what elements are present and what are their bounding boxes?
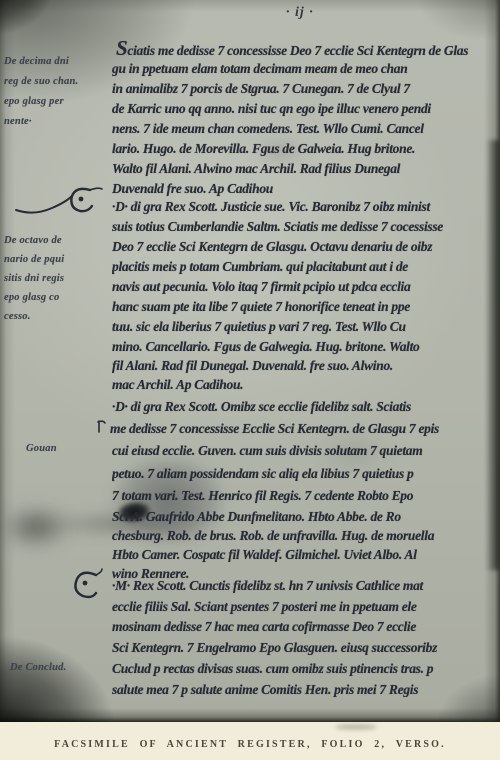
manuscript-line: me dedisse 7 concessisse Ecclie Sci Kent… (110, 421, 496, 439)
manuscript-line: mino. Cancellario. Fgus de Galwegia. Hug… (112, 339, 496, 357)
manuscript-line: lario. Hugo. de Morevilla. Fgus de Galwe… (112, 141, 496, 159)
manuscript-plate-photo: · ij · De decima dni reg de suo chan. ep… (0, 0, 500, 722)
paragraph-tick-icon (95, 419, 107, 434)
folio-number: · ij · (286, 6, 314, 20)
margin-note-line: reg de suo chan. (4, 77, 78, 88)
manuscript-line: Deo 7 ecclie Sci Kentegrn de Glasgu. Oct… (112, 239, 496, 257)
margin-note-line: nente· (4, 117, 32, 128)
manuscript-line: chesburg. Rob. de brus. Rob. de unfravil… (112, 528, 496, 546)
manuscript-line: Duvenald fre suo. Ap Cadihou (112, 181, 496, 199)
manuscript-line: de Karric uno qq anno. nisi tuc qn ego i… (112, 101, 496, 119)
manuscript-line: Sci Kentegrn. 7 Engelramo Epo Glasguen. … (112, 640, 496, 658)
capitulum-icon (66, 568, 104, 602)
margin-note-line: epo glasg per (4, 97, 64, 108)
margin-note-line: Gouan (26, 444, 57, 455)
manuscript-line: Sciatis me dedisse 7 concessisse Deo 7 e… (116, 40, 496, 58)
manuscript-line: placitis meis p totam Cumbriam. qui plac… (112, 259, 496, 277)
margin-note-line: De decima dni (4, 57, 69, 68)
manuscript-line: salute mea 7 p salute anime Comitis Hen.… (112, 682, 496, 700)
manuscript-line: ·D· di gra Rex Scott. Omibz sce ecclie f… (112, 399, 496, 417)
margin-note-line: nario de pqui (4, 255, 64, 266)
manuscript-line: cui eiusd ecclie. Guven. cum suis divisi… (112, 443, 496, 461)
manuscript-line: Walto fil Alani. Alwino mac Archil. Rad … (112, 161, 496, 179)
manuscript-line: ecclie filiis Sal. Sciant psentes 7 post… (112, 599, 496, 617)
manuscript-line: fil Alani. Rad fil Dunegal. Duvenald. fr… (112, 358, 496, 376)
margin-note-line: sitis dni regis (4, 274, 64, 285)
manuscript-line: navis aut pecunia. Volo itaq 7 firmit pc… (112, 279, 496, 297)
manuscript-line: Hbto Camer. Cospatc fil Waldef. Gilmiche… (112, 547, 496, 565)
manuscript-line: tuu. sic ela liberius 7 quietius p vari … (112, 319, 496, 337)
manuscript-line: hanc suam pte ita libe 7 quiete 7 honori… (112, 299, 496, 317)
faint-stain (335, 724, 377, 730)
manuscript-line: in animalibz 7 porcis de Stgrua. 7 Cuneg… (112, 81, 496, 99)
manuscript-line: Sci A. Gaufrido Abbe Dunfmelitano. Hbto … (112, 509, 496, 527)
margin-note-line: De octavo de (4, 236, 62, 247)
margin-note-line: De Conclud. (10, 663, 66, 674)
margin-note-line: epo glasg co (4, 293, 59, 304)
capitulum-icon (14, 184, 104, 218)
manuscript-line: ·D· di gra Rex Scott. Justicie sue. Vic.… (112, 199, 496, 217)
plate-caption: FACSIMILE OF ANCIENT REGISTER, FOLIO 2, … (0, 740, 500, 750)
manuscript-line: gu in ppetuam elam totam decimam meam de… (112, 61, 496, 79)
margin-note-line: cesso. (4, 312, 31, 323)
manuscript-line: Cuclud p rectas divisas suas. cum omibz … (112, 661, 496, 679)
facsimile-page: · ij · De decima dni reg de suo chan. ep… (0, 0, 500, 760)
manuscript-line: 7 totam vari. Test. Henrico fil Regis. 7… (112, 488, 496, 506)
manuscript-line: petuo. 7 aliam possidendam sic aliq ela … (112, 466, 496, 484)
edge-smear (0, 498, 83, 556)
manuscript-line: ·M· Rex Scott. Cunctis fidelibz st. hn 7… (112, 578, 496, 596)
manuscript-line: suis totius Cumberlandie Saltm. Sciatis … (112, 219, 496, 237)
manuscript-line: mac Archil. Ap Cadihou. (112, 377, 496, 395)
manuscript-line: nens. 7 ide meum chan comedens. Test. Wl… (112, 121, 496, 139)
manuscript-line: mosinam dedisse 7 hac mea carta cofirmas… (112, 619, 496, 637)
